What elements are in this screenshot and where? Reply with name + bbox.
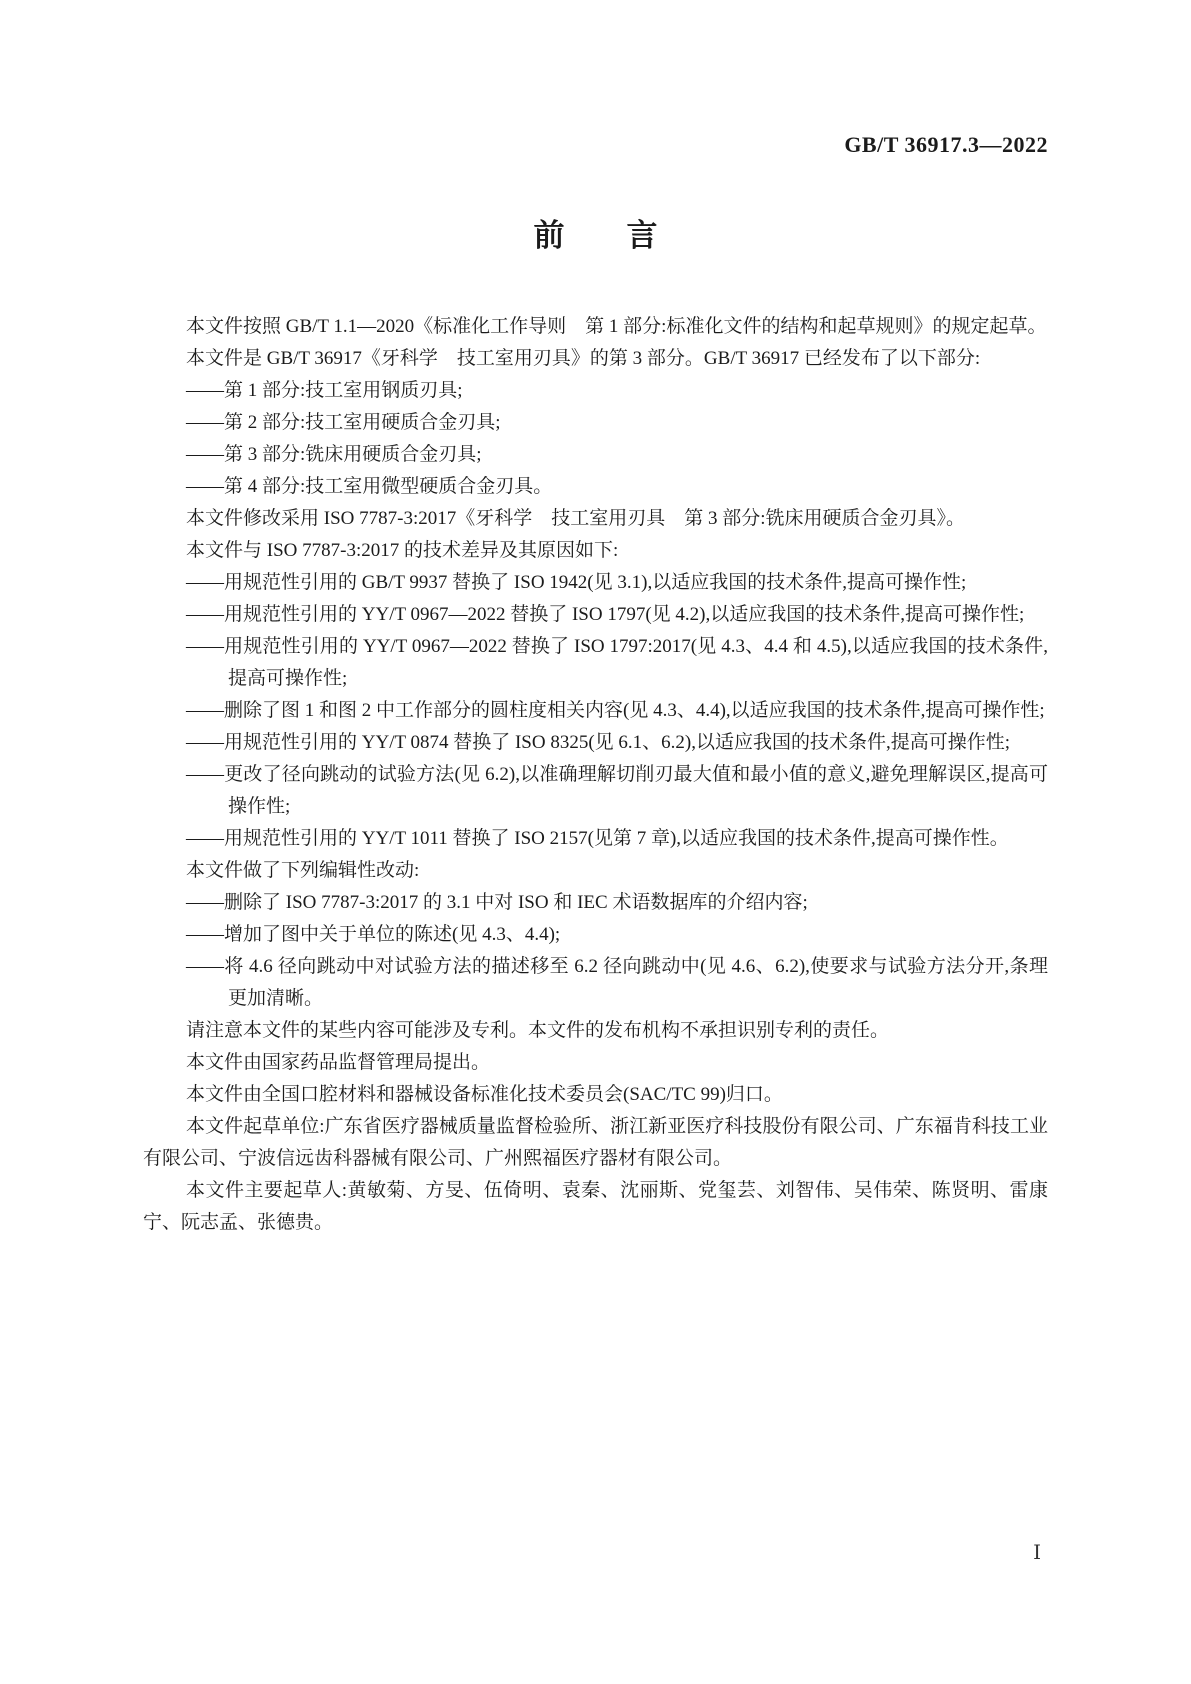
- list-item-part-1: ——第 1 部分:技工室用钢质刃具;: [143, 375, 1048, 407]
- list-item-difference-6: ——更改了径向跳动的试验方法(见 6.2),以准确理解切削刃最大值和最小值的意义…: [143, 759, 1048, 823]
- list-item-difference-4: ——删除了图 1 和图 2 中工作部分的圆柱度相关内容(见 4.3、4.4),以…: [143, 695, 1048, 727]
- list-item-editorial-1: ——删除了 ISO 7787-3:2017 的 3.1 中对 ISO 和 IEC…: [143, 887, 1048, 919]
- page-number: Ⅰ: [1033, 1540, 1041, 1565]
- para-drafting-basis: 本文件按照 GB/T 1.1—2020《标准化工作导则 第 1 部分:标准化文件…: [143, 311, 1048, 343]
- para-iso-adoption: 本文件修改采用 ISO 7787-3:2017《牙科学 技工室用刃具 第 3 部…: [143, 503, 1048, 535]
- para-proposed-by: 本文件由国家药品监督管理局提出。: [143, 1047, 1048, 1079]
- list-item-part-2: ——第 2 部分:技工室用硬质合金刃具;: [143, 407, 1048, 439]
- list-item-editorial-2: ——增加了图中关于单位的陈述(见 4.3、4.4);: [143, 919, 1048, 951]
- list-item-difference-2: ——用规范性引用的 YY/T 0967—2022 替换了 ISO 1797(见 …: [143, 599, 1048, 631]
- standard-code: GB/T 36917.3—2022: [844, 132, 1048, 157]
- list-item-editorial-3: ——将 4.6 径向跳动中对试验方法的描述移至 6.2 径向跳动中(见 4.6、…: [143, 951, 1048, 1015]
- para-centralized-by: 本文件由全国口腔材料和器械设备标准化技术委员会(SAC/TC 99)归口。: [143, 1079, 1048, 1111]
- para-drafting-organizations: 本文件起草单位:广东省医疗器械质量监督检验所、浙江新亚医疗科技股份有限公司、广东…: [143, 1111, 1048, 1175]
- page-title: 前 言: [0, 214, 1191, 258]
- document-body: 本文件按照 GB/T 1.1—2020《标准化工作导则 第 1 部分:标准化文件…: [143, 311, 1048, 1239]
- para-editorial-intro: 本文件做了下列编辑性改动:: [143, 855, 1048, 887]
- list-item-part-3: ——第 3 部分:铣床用硬质合金刃具;: [143, 439, 1048, 471]
- document-page: GB/T 36917.3—2022 前 言 本文件按照 GB/T 1.1—202…: [0, 0, 1191, 1684]
- list-item-part-4: ——第 4 部分:技工室用微型硬质合金刃具。: [143, 471, 1048, 503]
- para-series-intro: 本文件是 GB/T 36917《牙科学 技工室用刃具》的第 3 部分。GB/T …: [143, 343, 1048, 375]
- list-item-difference-1: ——用规范性引用的 GB/T 9937 替换了 ISO 1942(见 3.1),…: [143, 567, 1048, 599]
- para-main-drafters: 本文件主要起草人:黄敏菊、方旻、伍倚明、袁秦、沈丽斯、党玺芸、刘智伟、吴伟荣、陈…: [143, 1175, 1048, 1239]
- page-header: GB/T 36917.3—2022: [143, 132, 1048, 158]
- list-item-difference-3: ——用规范性引用的 YY/T 0967—2022 替换了 ISO 1797:20…: [143, 631, 1048, 695]
- list-item-difference-7: ——用规范性引用的 YY/T 1011 替换了 ISO 2157(见第 7 章)…: [143, 823, 1048, 855]
- para-patent-notice: 请注意本文件的某些内容可能涉及专利。本文件的发布机构不承担识别专利的责任。: [143, 1015, 1048, 1047]
- para-differences-intro: 本文件与 ISO 7787-3:2017 的技术差异及其原因如下:: [143, 535, 1048, 567]
- list-item-difference-5: ——用规范性引用的 YY/T 0874 替换了 ISO 8325(见 6.1、6…: [143, 727, 1048, 759]
